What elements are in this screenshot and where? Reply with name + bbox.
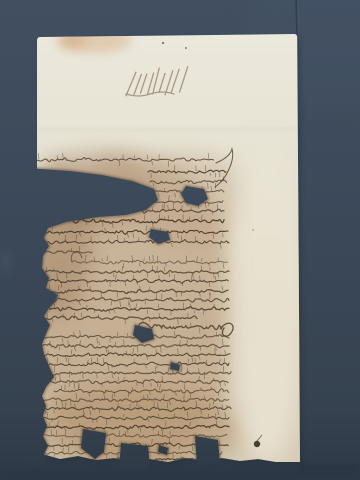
underleaf-edge-vertical bbox=[296, 0, 297, 36]
paper-speck bbox=[185, 47, 187, 49]
photo bbox=[0, 0, 360, 480]
bottom-right-shadow bbox=[300, 464, 360, 470]
manuscript-photo bbox=[0, 0, 360, 480]
ink-blot bbox=[254, 441, 260, 447]
damage-hole-bottom-b bbox=[119, 443, 150, 469]
paper-speck bbox=[162, 42, 164, 44]
background-smudge bbox=[0, 249, 12, 275]
fold-line bbox=[37, 128, 295, 131]
damage-hole-bottom-c bbox=[195, 436, 220, 465]
paper-speck bbox=[252, 229, 254, 231]
clean-right-margin bbox=[228, 135, 308, 465]
